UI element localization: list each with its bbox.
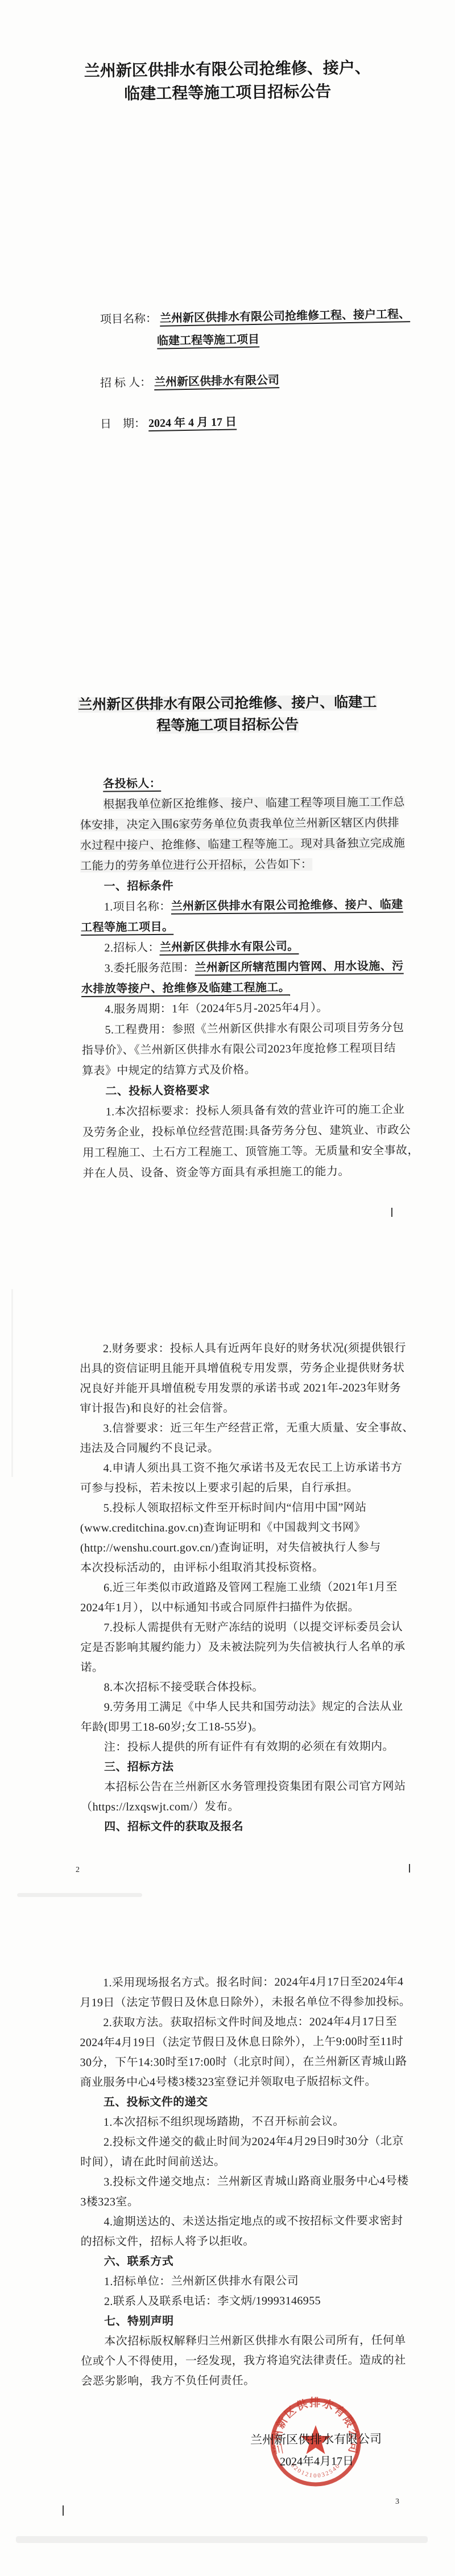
- wage-commitment-line: 可参与投标，若未按以上要求引起的后果，自行承担。: [80, 1478, 399, 1499]
- intro-line: 体安排，决定入围6家劳务单位负责我单位兰州新区辖区内供排: [80, 813, 399, 836]
- performance-line: 6.近三年类似市政道路及管网工程施工业绩（2021年1月至: [80, 1578, 399, 1598]
- finance-req-line: 审计报告)和良好的社会信誉。: [80, 1398, 398, 1419]
- announcement-heading-line2: 程等施工项目招标公告: [0, 713, 455, 739]
- labor-age-line: 年龄(即男工18-60岁;女工18-55岁)。: [81, 1717, 399, 1738]
- item-tenderer: 2.招标人：兰州新区供排水有限公司。: [81, 936, 399, 958]
- body-block-2: 2.财务要求：投标人具有近两年良好的财务状况(须提供银行 出具的资信证明且能开具…: [80, 1339, 399, 1837]
- date-value: 2024 年 4 月 17 日: [148, 415, 237, 431]
- declaration-line: 会恶劣影响，我方不负任何责任。: [81, 2371, 399, 2392]
- scan-tick-mark: [409, 1864, 410, 1873]
- rejection-line: 的招标文件，招标人将予以拒收。: [81, 2231, 399, 2252]
- qualification-line: 并在人员、设备、资金等方面具有承担施工的能力。: [82, 1161, 401, 1184]
- registration-line: 1.采用现场报名方式。报名时间：2024年4月17日至2024年4: [80, 1972, 398, 1993]
- item-cost-line: 指导价》、《兰州新区供排水有限公司2023年度抢修工程项目结: [82, 1038, 400, 1061]
- project-name-value-line2: 临建工程等施工项目: [157, 334, 259, 349]
- rejection-line: 4.逾期送达的、未送达指定地点的或不按招标文件要求密封: [80, 2211, 399, 2232]
- section-heading-2: 二、投标人资格要求: [82, 1079, 400, 1102]
- page-number-3: 3: [395, 2497, 399, 2507]
- declaration-line: 位或个人不得使用，一经发现，我方将追究法律责任。造成的社: [81, 2351, 399, 2372]
- asset-freeze-line: 诺。: [80, 1657, 399, 1678]
- salutation: 各投标人：: [80, 772, 398, 795]
- no-site-visit-line: 1.本次招标不组织现场踏勘，不召开标前会议。: [80, 2112, 399, 2133]
- scan-smudge: [16, 2536, 428, 2543]
- asset-freeze-line: 定是否影响其履约能力）及未被法院列为失信被执行人名单的承: [80, 1637, 399, 1658]
- section-heading-4: 四、招标文件的获取及报名: [81, 1817, 399, 1837]
- contact-person-line: 2.联系人及联系电话：李文炳/19993146955: [81, 2291, 399, 2312]
- item-service-scope: 3.委托服务范围：兰州新区所辖范围内管网、用水设施、污: [81, 956, 400, 979]
- registration-line: 月19日（法定节假日及休息日除外），未报名单位不得参加投标。: [80, 1992, 398, 2013]
- performance-line: 2024年1月），以中标通知书或合同原件扫描件为依据。: [80, 1598, 399, 1618]
- finance-req-line: 出具的资信证明且能开具增值税专用发票，劳务企业提供财务状: [80, 1359, 398, 1379]
- credit-req-line: 3.信誉要求：近三年生产经营正常，无重大质量、安全事故、: [80, 1418, 398, 1439]
- announcement-heading: 兰州新区供排水有限公司抢维修、接户、临建工 程等施工项目招标公告: [0, 692, 455, 739]
- cover-title: 兰州新区供排水有限公司抢维修、接户、 临建工程等施工项目招标公告: [0, 55, 455, 108]
- intro-line: 水过程中接户、抢维修、临建工程等施工。现对具备独立完成施: [80, 833, 399, 856]
- wage-commitment-line: 4.申请人须出具工资不拖欠承诺书及无农民工上访承诺书方: [80, 1458, 399, 1479]
- obtain-docs-line: 2.获取方法。获取招标文件时间及地点：2024年4月17日至: [80, 2012, 398, 2033]
- section-heading-6: 六、联系方式: [81, 2251, 399, 2272]
- item-cost-line: 5.工程费用：参照《兰州新区供排水有限公司项目劳务分包: [81, 1018, 400, 1040]
- section-heading-7: 七、特别声明: [81, 2311, 399, 2332]
- page-number-2: 2: [76, 1866, 80, 1875]
- scanned-tender-document: 兰州新区供排水有限公司抢维修、接户、 临建工程等施工项目招标公告 项目名称： 兰…: [0, 0, 455, 2576]
- section-heading-3: 三、招标方法: [81, 1757, 399, 1777]
- submission-place-line: 3.投标文件递交地点：兰州新区青城山路商业服务中心4号楼: [80, 2171, 399, 2192]
- item-service-scope-line2: 水排放等接户、抢维修及临建工程施工。: [81, 977, 400, 999]
- tenderer-label: 招 标 人：: [100, 376, 154, 390]
- credit-check-line: (http://wenshu.court.gov.cn/)查询证明，对失信被执行…: [80, 1538, 399, 1558]
- declaration-line: 本次招标版权解释归兰州新区供排水有限公司所有，任何单: [81, 2331, 399, 2352]
- method-line: （https://lzxqswjt.com/）发布。: [81, 1797, 399, 1817]
- obtain-docs-line: 30分，下午14:30时至17:00时（北京时间），在兰州新区青城山路: [80, 2052, 398, 2073]
- section-heading-1: 一、招标条件: [80, 874, 399, 897]
- contact-unit-line: 1.招标单位：兰州新区供排水有限公司: [81, 2271, 399, 2292]
- qualification-line: 用工程施工、土石方工程施工、顶管施工等。无质量和安全事故，: [82, 1141, 401, 1163]
- labor-age-line: 9.劳务用工满足《中华人民共和国劳动法》规定的合法从业: [81, 1697, 399, 1718]
- tenderer-value: 兰州新区供排水有限公司: [154, 374, 279, 390]
- no-consortium-line: 8.本次招标不接受联合体投标。: [81, 1677, 399, 1698]
- tenderer-field: 招 标 人： 兰州新区供排水有限公司: [88, 357, 279, 404]
- project-name-field-line2: 临建工程等施工项目: [145, 317, 259, 361]
- qualification-line: 1.本次招标要求：投标人须具备有效的营业许可的施工企业: [82, 1100, 401, 1122]
- intro-line: 工能力的劳务单位进行公开招标，公告如下：: [80, 854, 399, 877]
- date-field: 日 期： 2024 年 4 月 17 日: [88, 399, 237, 445]
- scan-smudge: [17, 1893, 142, 1897]
- section-heading-5: 五、投标文件的递交: [80, 2092, 399, 2113]
- asset-freeze-line: 7.投标人需提供有无财产冻结的说明（以提交评标委员会认: [80, 1618, 399, 1638]
- credit-check-line: (www.creditchina.gov.cn)查询证明和《中国裁判文书网》: [80, 1518, 399, 1538]
- body-block-1: 各投标人： 根据我单位新区抢维修、接户、临建工程等项目施工工作总 体安排，决定入…: [80, 772, 402, 1184]
- date-label: 日 期：: [100, 417, 148, 430]
- credit-check-line: 本次投标活动的，由评标小组取消其投标资格。: [80, 1558, 399, 1578]
- signature-company: 兰州新区供排水有限公司: [250, 2430, 382, 2448]
- method-line: 本招标公告在兰州新区水务管理投资集团有限公司官方网站: [81, 1777, 399, 1797]
- deadline-line: 时间），请在此时间前送达。: [80, 2151, 399, 2172]
- item-service-period: 4.服务周期：1年（2024年5月-2025年4月）。: [81, 997, 400, 1020]
- finance-req-line: 况良好并能开具增值税专用发票的承诺书或 2021年-2023年财务: [80, 1378, 398, 1399]
- intro-line: 根据我单位新区抢维修、接户、临建工程等项目施工工作总: [80, 792, 398, 815]
- scan-tick-mark: [391, 1208, 392, 1217]
- signature-date: 2024年4月17日: [280, 2451, 354, 2468]
- qualification-line: 及劳务企业，投标单位经营范围:具备劳务分包、建筑业、市政公: [82, 1120, 401, 1143]
- obtain-docs-line: 商业服务中心4号楼3楼323室登记并领取电子版招标文件。: [80, 2072, 399, 2093]
- cover-title-line2: 临建工程等施工项目招标公告: [0, 79, 455, 108]
- deadline-line: 2.投标文件递交的截止时间为2024年4月29日9时30分（北京: [80, 2131, 399, 2153]
- scan-tick-mark: [63, 2505, 64, 2516]
- item-project-name-line2: 工程等施工项目。: [81, 915, 399, 938]
- body-block-3: 1.采用现场报名方式。报名时间：2024年4月17日至2024年4 月19日（法…: [80, 1972, 400, 2392]
- credit-check-line: 5.投标人领取招标文件至开标时间内“信用中国”网站: [80, 1498, 399, 1519]
- finance-req-line: 2.财务要求：投标人具有近两年良好的财务状况(须提供银行: [80, 1339, 398, 1359]
- item-cost-line: 算表》中规定的结算方式及价格。: [82, 1059, 400, 1081]
- credit-req-line: 违法及合同履约不良记录。: [80, 1438, 398, 1459]
- validity-note: 注：投标人提供的所有证件有有效期的必须在有效期内。: [81, 1737, 399, 1758]
- page-edge-shadow: [11, 1289, 13, 1477]
- obtain-docs-line: 2024年4月19日（法定节假日及休息日除外），上午9:00时至11时: [80, 2032, 398, 2053]
- submission-place-line: 3楼323室。: [80, 2191, 399, 2212]
- item-project-name: 1.项目名称：兰州新区供排水有限公司抢维修、接户、临建: [81, 895, 399, 917]
